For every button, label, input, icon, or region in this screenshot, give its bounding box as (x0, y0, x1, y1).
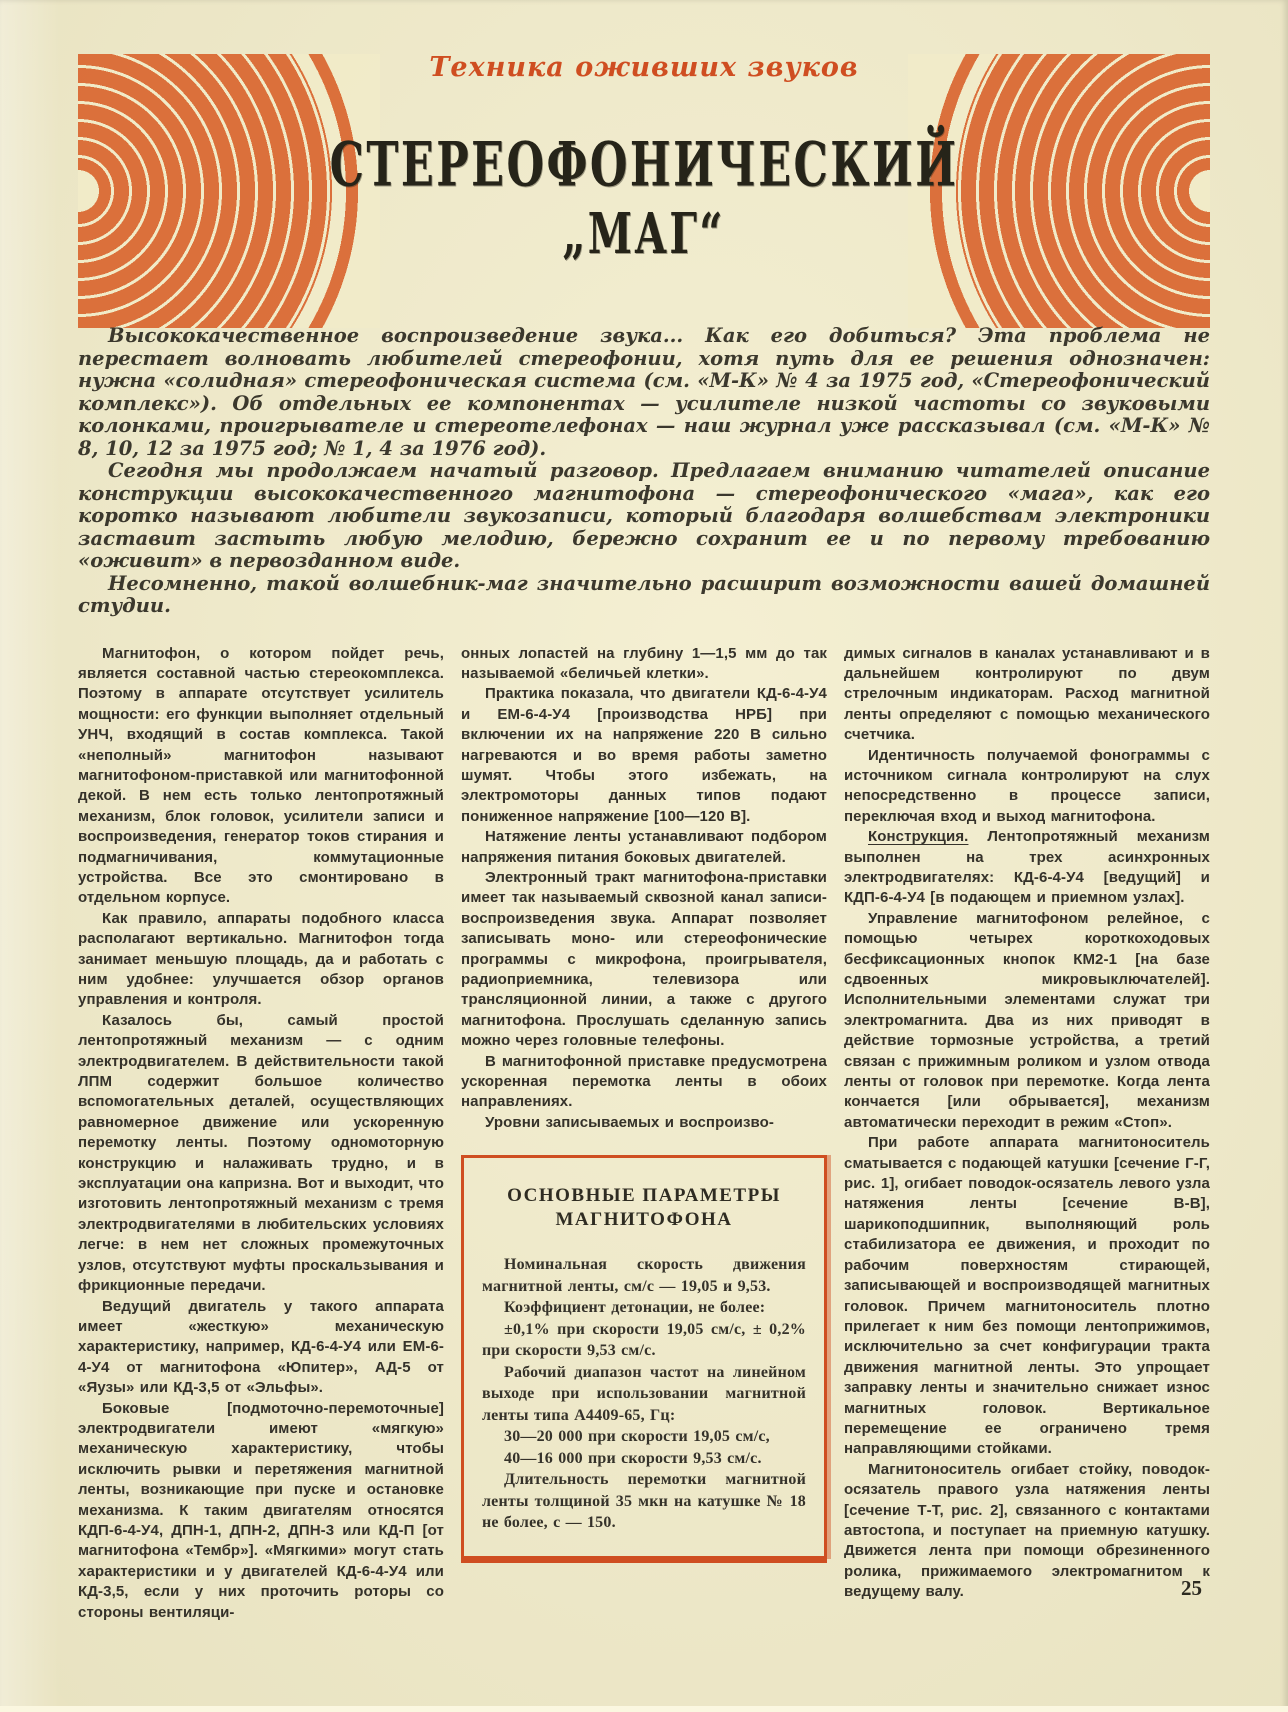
column-3: димых сигналов в каналах устанавливают и… (844, 644, 1210, 1624)
body-paragraph: Ведущий двигатель у такого аппарата имее… (78, 1297, 444, 1399)
body-columns: Магнитофон, о котором пойдет речь, являе… (78, 644, 1210, 1624)
construction-lead: Конструкция. (868, 828, 968, 845)
body-paragraph: Идентичность получаемой фонограммы с ист… (844, 746, 1210, 828)
body-paragraph: При работе аппарата магнитоноситель смат… (844, 1133, 1210, 1460)
body-paragraph: Боковые [подмоточно-перемоточные] электр… (78, 1399, 444, 1623)
body-paragraph: Магнитофон, о котором пойдет речь, являе… (78, 644, 444, 909)
body-paragraph: Магнитоноситель огибает стойку, поводок-… (844, 1460, 1210, 1603)
params-item: 30—20 000 при скорости 19,05 см/с, (482, 1426, 806, 1448)
params-item: 40—16 000 при скорости 9,53 см/с. (482, 1448, 806, 1470)
body-paragraph: Натяжение ленты устанавливают подбором н… (461, 827, 827, 868)
params-item: Коэффициент детонации, не более: (482, 1297, 806, 1319)
section-kicker: Техника оживших звуков (0, 0, 1288, 83)
body-paragraph: Практика показала, что двигатели КД-6-4-… (461, 684, 827, 827)
params-item: ±0,1% при скорости 19,05 см/с, ± 0,2% пр… (482, 1319, 806, 1362)
intro-paragraph: Высококачественное воспроизведение звука… (78, 325, 1210, 460)
body-paragraph: Уровни записываемых и воспроизво- (461, 1113, 827, 1133)
body-paragraph: Управление магнитофоном релейное, с помо… (844, 909, 1210, 1133)
intro-lede: Высококачественное воспроизведение звука… (78, 325, 1210, 618)
params-title-line-1: ОСНОВНЫЕ ПАРАМЕТРЫ (507, 1185, 781, 1206)
column-2: онных лопастей на глубину 1—1,5 мм до та… (461, 644, 827, 1624)
params-box-title: ОСНОВНЫЕ ПАРАМЕТРЫ МАГНИТОФОНА (482, 1184, 806, 1232)
body-paragraph: Электронный тракт магнитофона-приставки … (461, 868, 827, 1052)
params-title-line-2: МАГНИТОФОНА (555, 1209, 732, 1230)
params-box: ОСНОВНЫЕ ПАРАМЕТРЫ МАГНИТОФОНА Номинальн… (461, 1155, 827, 1559)
body-paragraph: В магнитофонной приставке предусмотрена … (461, 1052, 827, 1113)
column-1: Магнитофон, о котором пойдет речь, являе… (78, 644, 444, 1624)
title-line-2: „МАГ“ (563, 204, 726, 264)
title-line-1: СТЕРЕОФОНИЧЕСКИЙ (330, 132, 959, 197)
body-paragraph: Конструкция. Лентопротяжный механизм вып… (844, 827, 1210, 909)
magazine-page: Техника оживших звуков СТЕРЕОФОНИЧЕСКИЙ … (0, 0, 1288, 1712)
intro-paragraph: Несомненно, такой волшебник-маг значител… (78, 573, 1210, 618)
intro-paragraph: Сегодня мы продолжаем начатый разговор. … (78, 460, 1210, 573)
body-paragraph: Как правило, аппараты подобного класса р… (78, 909, 444, 1011)
body-paragraph: Казалось бы, самый простой лентопротяжны… (78, 1011, 444, 1297)
article-title: СТЕРЕОФОНИЧЕСКИЙ „МАГ“ (0, 135, 1288, 261)
body-paragraph: онных лопастей на глубину 1—1,5 мм до та… (461, 644, 827, 685)
params-item: Длительность перемотки магнитной ленты т… (482, 1469, 806, 1534)
params-item: Номинальная скорость движения магнитной … (482, 1254, 806, 1297)
page-number: 25 (1181, 1576, 1202, 1601)
body-paragraph: димых сигналов в каналах устанавливают и… (844, 644, 1210, 746)
params-item: Рабочий диапазон частот на линейном выхо… (482, 1362, 806, 1427)
